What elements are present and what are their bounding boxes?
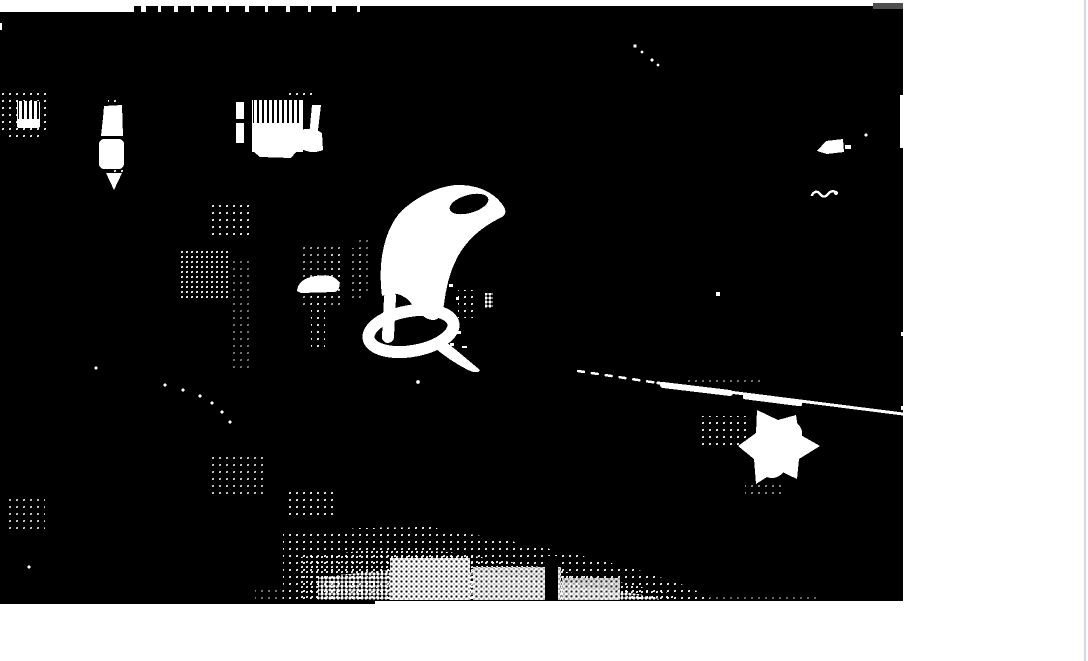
photo-base [0,3,903,604]
floor-dark-post [545,556,558,600]
top-left-mottle [0,90,46,137]
right-edge-notch [900,95,903,148]
page-right-border [1084,0,1086,661]
top-edge-strip [134,6,903,13]
dithered-photo [0,0,1088,661]
page [0,0,1088,661]
left-edge-nick [0,23,2,30]
top-right-gray-tab [873,3,903,9]
